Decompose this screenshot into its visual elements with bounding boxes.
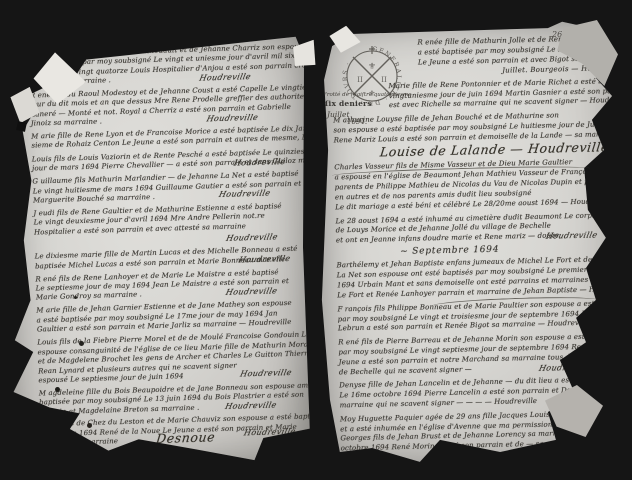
manuscript-line: Houdreville — [225, 286, 278, 297]
ink-specks — [74, 296, 77, 299]
page-number: 26 — [552, 30, 562, 39]
manuscript-line: Houdreville — [233, 157, 286, 168]
fleur-de-lis-icon: ⚜ — [368, 62, 376, 72]
stamp-right-glyph: II — [381, 76, 387, 84]
manuscript-line: Houdreville — [238, 254, 291, 265]
microfilm-scan: Aymable Louis fils de Urbain Rathouault … — [0, 0, 632, 480]
manuscript-line: Louise de Lalande — Houdreville — [379, 142, 609, 157]
manuscript-line: Desnoue — [156, 432, 216, 443]
stamp-margin-note: Frotté de regiſtre quatorziesme — [323, 92, 411, 98]
manuscript-line: Houdreville — [206, 112, 259, 123]
manuscript-line: Houdreville — [538, 363, 592, 374]
stamp-year-note: 1694. — [347, 118, 367, 126]
stamp-left-glyph: II — [357, 76, 363, 84]
manuscript-line: Houdreville — [225, 232, 278, 243]
manuscript-line: Houdreville — [545, 231, 599, 242]
manuscript-line: Houdreville — [224, 400, 277, 411]
manuscript-line: Houdreville — [243, 427, 296, 438]
edge-hole — [16, 121, 27, 132]
stamp-denomination: ſix deniers — [325, 99, 372, 108]
manuscript-line: Houdreville — [198, 72, 251, 83]
